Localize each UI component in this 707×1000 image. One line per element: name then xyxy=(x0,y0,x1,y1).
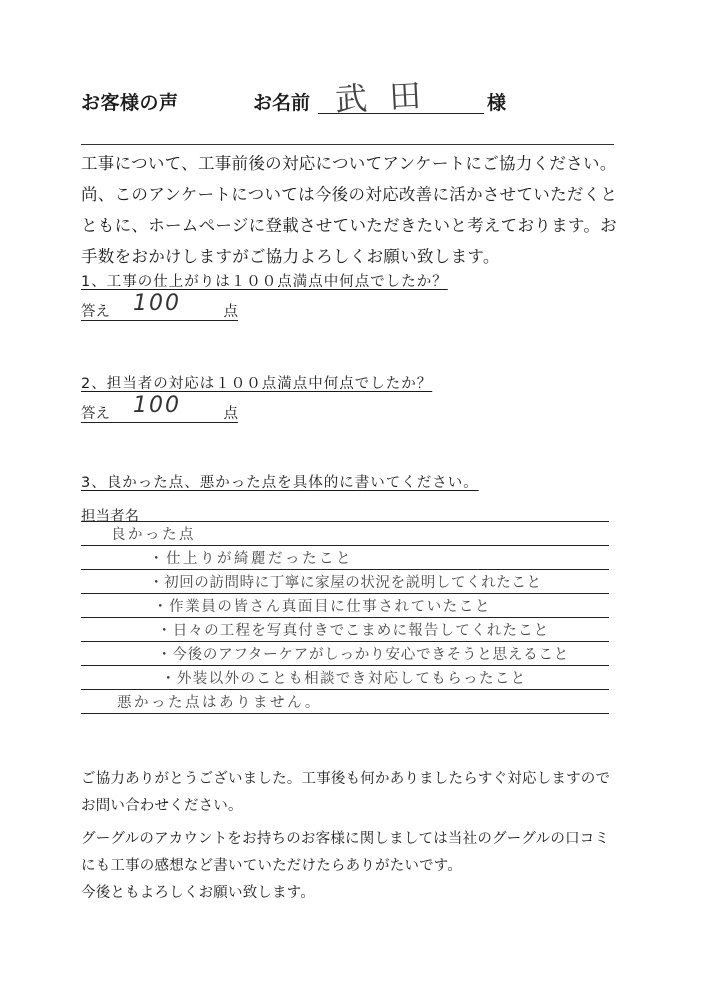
comment-line: ・日々の工程を写真付きでこまめに報告してくれたこと xyxy=(81,618,609,642)
question-2-answer: 答え 100 点 xyxy=(81,400,238,423)
answer-value-handwritten: 100 xyxy=(133,291,181,316)
comment-line: ・作業員の皆さん真面目に仕事されていたこと xyxy=(81,594,609,618)
question-1-label: 1、工事の仕上がりは１００点満点中何点でしたか？ xyxy=(81,270,448,291)
closing-paragraph-1: ご協力ありがとうございました。工事後も何かありましたらすぐ対応しますのでお問い合… xyxy=(81,766,621,820)
comment-line: ・今後のアフターケアがしっかり安心できそうと思えること xyxy=(81,642,609,666)
answer-unit: 点 xyxy=(224,300,239,321)
intro-paragraph: 工事について、工事前後の対応についてアンケートにご協力ください。尚、このアンケー… xyxy=(81,148,621,272)
comment-text-handwritten: ・日々の工程を写真付きでこまめに報告してくれたこと xyxy=(157,619,550,640)
honorific-label: 様 xyxy=(487,88,506,115)
question-3-label: 3、良かった点、悪かった点を具体的に書いてください。 xyxy=(81,471,479,492)
answer-value-handwritten: 100 xyxy=(133,393,181,418)
name-label: お名前 xyxy=(253,88,310,115)
comment-text-handwritten: ・仕上りが綺麗だったこと xyxy=(149,547,353,568)
comment-line: ・仕上りが綺麗だったこと xyxy=(81,546,609,570)
staff-name-row: 担当者名 xyxy=(81,505,609,522)
comment-lined-area: 担当者名 良かった点 ・仕上りが綺麗だったこと ・初回の訪問時に丁寧に家屋の状況… xyxy=(81,505,609,714)
answer-label: 答え xyxy=(81,300,110,321)
answer-label: 答え xyxy=(81,402,110,423)
comment-text-handwritten: ・初回の訪問時に丁寧に家屋の状況を説明してくれたこと xyxy=(149,571,542,592)
question-1-answer: 答え 100 点 xyxy=(81,298,238,321)
comment-text-handwritten: ・作業員の皆さん真面目に仕事されていたこと xyxy=(153,595,491,616)
closing-paragraph-2: グーグルのアカウントをお持ちのお客様に関しましては当社のグーグルの口コミにも工事… xyxy=(81,826,621,880)
comment-text-handwritten: 悪かった点はありません。 xyxy=(117,691,322,712)
comment-line: 良かった点 xyxy=(81,522,609,546)
customer-name-handwritten: 武田 xyxy=(334,69,444,121)
closing-paragraph-3: 今後ともよろしくお願い致します。 xyxy=(81,880,621,907)
comment-line: ・初回の訪問時に丁寧に家屋の状況を説明してくれたこと xyxy=(81,570,609,594)
comment-line: ・外装以外のことも相談でき対応してもらったこと xyxy=(81,666,609,690)
header-divider xyxy=(81,144,614,145)
comment-line: 悪かった点はありません。 xyxy=(81,690,609,714)
page-title: お客様の声 xyxy=(81,88,179,115)
comment-text-handwritten: ・今後のアフターケアがしっかり安心できそうと思えること xyxy=(157,643,569,664)
comment-text-handwritten: 良かった点 xyxy=(111,523,196,544)
question-2-label: 2、担当者の対応は１００点満点中何点でしたか？ xyxy=(81,372,432,393)
answer-unit: 点 xyxy=(224,402,239,423)
comment-text-handwritten: ・外装以外のことも相談でき対応してもらったこと xyxy=(161,667,527,688)
